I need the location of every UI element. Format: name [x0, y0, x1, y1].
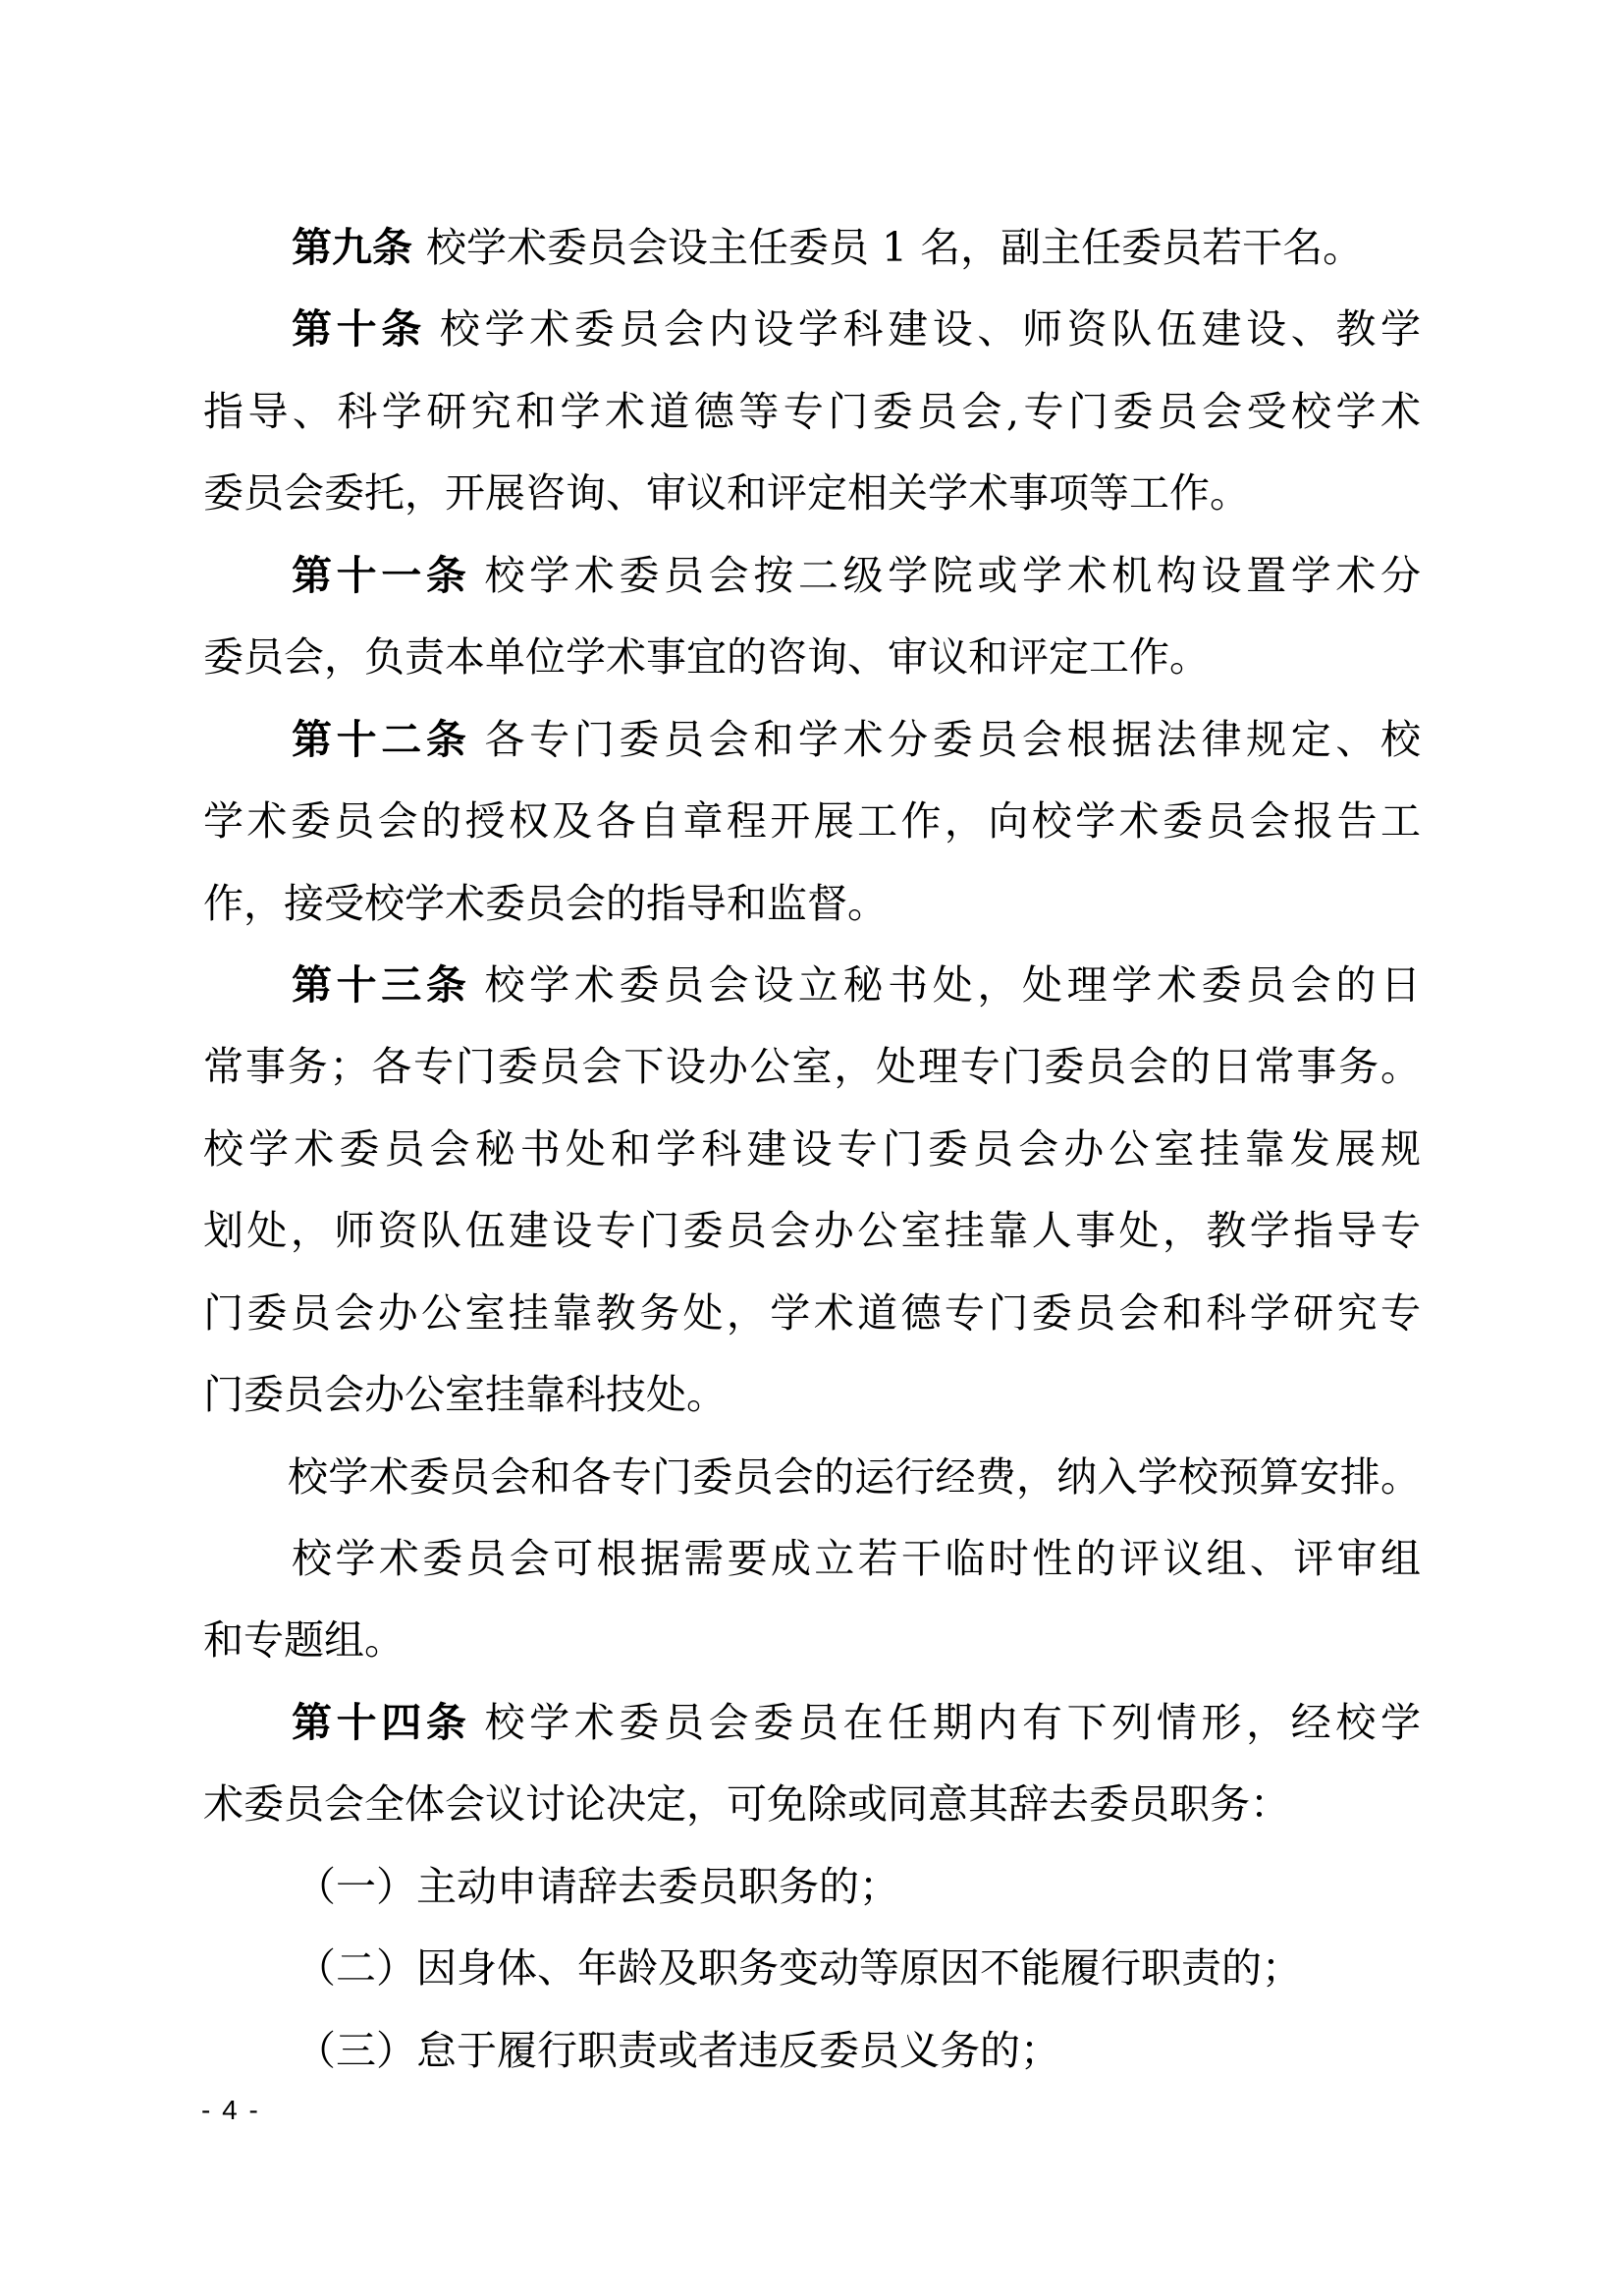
- article-14-line-2: 术委员会全体会议讨论决定，可免除或同意其辞去委员职务：: [203, 1775, 1421, 1856]
- document-page: 第九条校学术委员会设主任委员 1 名，副主任委员若干名。 第十条校学术委员会内设…: [0, 0, 1622, 2296]
- article-heading: 第十一条: [292, 552, 471, 599]
- article-10-line-3: 委员会委托，开展咨询、审议和评定相关学术事项等工作。: [203, 464, 1421, 545]
- article-13-line-3: 校学术委员会秘书处和学科建设专门委员会办公室挂靠发展规: [203, 1120, 1421, 1201]
- list-item-3: （三）怠于履行职责或者违反委员义务的；: [203, 2021, 1421, 2103]
- article-text: 校学术委员会委员在任期内有下列情形，经校学: [485, 1699, 1422, 1746]
- list-item-1: （一）主动申请辞去委员职务的；: [203, 1857, 1421, 1939]
- article-13-line-6: 门委员会办公室挂靠科技处。: [203, 1365, 1421, 1447]
- article-heading: 第十三条: [292, 961, 471, 1009]
- article-12-line-2: 学术委员会的授权及各自章程开展工作，向校学术委员会报告工: [203, 792, 1421, 873]
- article-heading: 第十二条: [292, 716, 471, 763]
- document-body: 第九条校学术委员会设主任委员 1 名，副主任委员若干名。 第十条校学术委员会内设…: [203, 218, 1421, 2103]
- article-heading: 第十条: [292, 305, 426, 353]
- temporary-groups-line-2: 和专题组。: [203, 1611, 1421, 1692]
- article-10-line-1: 第十条校学术委员会内设学科建设、师资队伍建设、教学: [203, 300, 1421, 381]
- article-11-line-1: 第十一条校学术委员会按二级学院或学术机构设置学术分: [203, 546, 1421, 628]
- article-text: 校学术委员会按二级学院或学术机构设置学术分: [485, 552, 1422, 599]
- funding-paragraph-line-1: 校学术委员会和各专门委员会的运行经费，纳入学校预算安排。: [203, 1448, 1421, 1529]
- article-text: 校学术委员会设主任委员 1 名，副主任委员若干名。: [426, 224, 1363, 271]
- article-text: 各专门委员会和学术分委员会根据法律规定、校: [485, 716, 1422, 763]
- article-14-line-1: 第十四条校学术委员会委员在任期内有下列情形，经校学: [203, 1693, 1421, 1775]
- article-heading: 第十四条: [292, 1699, 471, 1746]
- article-heading: 第九条: [292, 224, 412, 271]
- article-13-line-5: 门委员会办公室挂靠教务处，学术道德专门委员会和科学研究专: [203, 1284, 1421, 1365]
- article-text: 校学术委员会设立秘书处，处理学术委员会的日: [485, 961, 1422, 1009]
- article-10-line-2: 指导、科学研究和学术道德等专门委员会,专门委员会受校学术: [203, 382, 1421, 464]
- article-12-line-3: 作，接受校学术委员会的指导和监督。: [203, 874, 1421, 956]
- article-13-line-2: 常事务；各专门委员会下设办公室，处理专门委员会的日常事务。: [203, 1037, 1421, 1119]
- article-text: 校学术委员会内设学科建设、师资队伍建设、教学: [440, 305, 1421, 353]
- page-number: - 4 -: [201, 2094, 260, 2127]
- article-12-line-1: 第十二条各专门委员会和学术分委员会根据法律规定、校: [203, 710, 1421, 792]
- article-13-line-4: 划处，师资队伍建设专门委员会办公室挂靠人事处，教学指导专: [203, 1201, 1421, 1283]
- article-13-line-1: 第十三条校学术委员会设立秘书处，处理学术委员会的日: [203, 956, 1421, 1037]
- article-11-line-2: 委员会，负责本单位学术事宜的咨询、审议和评定工作。: [203, 628, 1421, 709]
- list-item-2: （二）因身体、年龄及职务变动等原因不能履行职责的；: [203, 1939, 1421, 2020]
- article-9-line-1: 第九条校学术委员会设主任委员 1 名，副主任委员若干名。: [203, 218, 1421, 300]
- temporary-groups-line-1: 校学术委员会可根据需要成立若干临时性的评议组、评审组: [203, 1529, 1421, 1611]
